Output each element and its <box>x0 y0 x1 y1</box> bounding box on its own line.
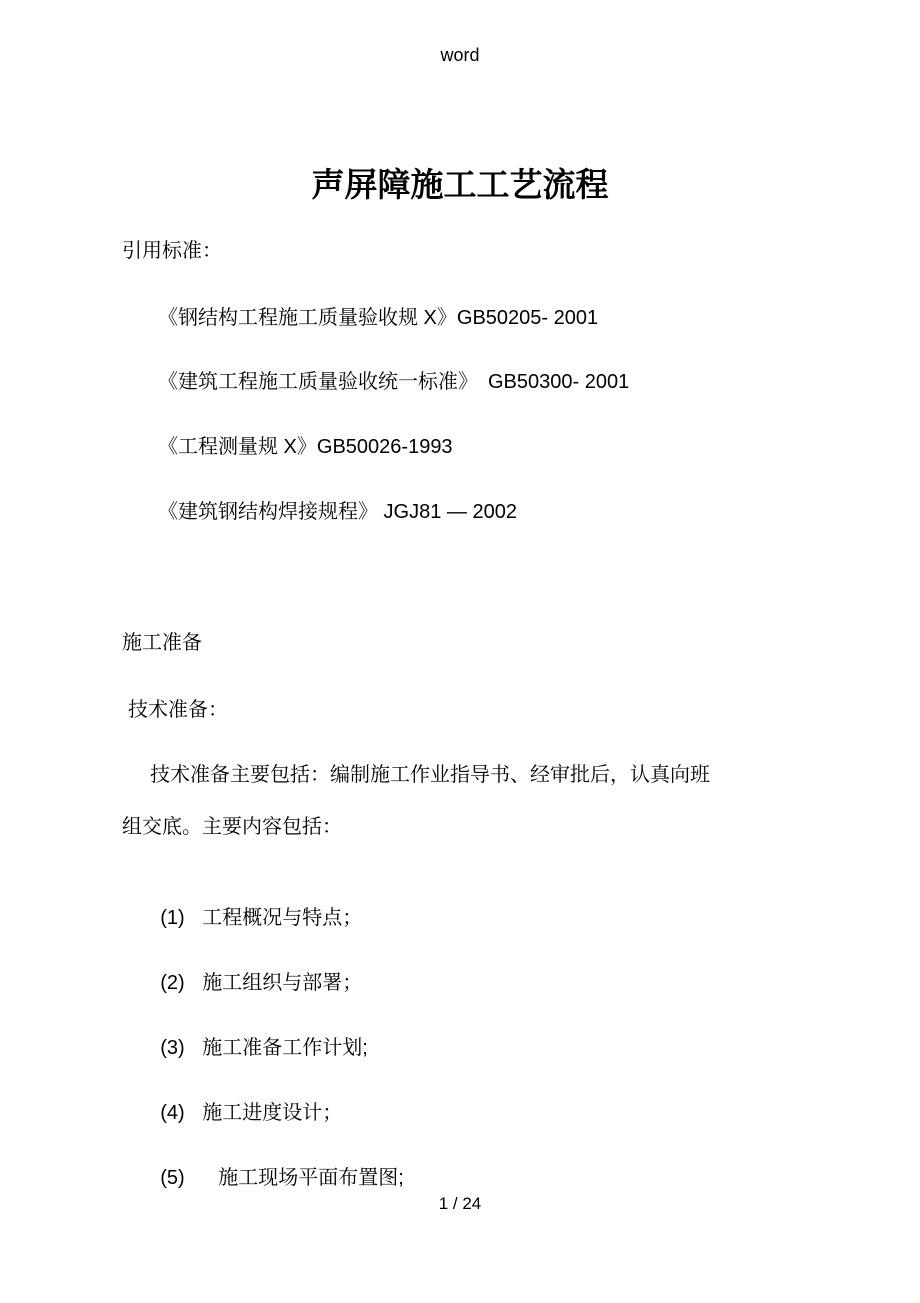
list-item-number: (4) <box>160 1099 202 1127</box>
list-item-number: (2) <box>160 969 202 997</box>
list-item-text: 施工组织与部署； <box>202 972 362 994</box>
page-number-footer: 1 / 24 <box>0 1191 920 1217</box>
reference-standard-item: 《建筑工程施工质量验收统一标准》 GB50300- 2001 <box>158 368 629 396</box>
reference-standard-item: 《工程测量规 X》GB50026-1993 <box>158 433 453 461</box>
list-item-text: 施工现场平面布置图; <box>218 1167 404 1189</box>
subsection-heading-technical-preparation: 技术准备： <box>128 696 228 724</box>
references-heading: 引用标准： <box>122 237 222 265</box>
paragraph-line: 组交底。主要内容包括： <box>122 813 342 841</box>
paragraph-line: 技术准备主要包括：编制施工作业指导书、经审批后，认真向班 <box>150 761 710 789</box>
list-item-number: (1) <box>160 904 202 932</box>
reference-standard-item: 《建筑钢结构焊接规程》 JGJ81 — 2002 <box>158 498 517 526</box>
section-heading-construction-preparation: 施工准备 <box>122 629 202 657</box>
list-item-number: (5) <box>160 1164 218 1192</box>
list-item-text: 工程概况与特点； <box>202 907 362 929</box>
document-title: 声屏障施工工艺流程 <box>0 164 920 206</box>
list-item-text: 施工进度设计； <box>202 1102 342 1124</box>
reference-standard-item: 《钢结构工程施工质量验收规 X》GB50205- 2001 <box>158 304 598 332</box>
list-item-text: 施工准备工作计划; <box>202 1037 368 1059</box>
list-item-number: (3) <box>160 1034 202 1062</box>
document-page: word 声屏障施工工艺流程 引用标准： 《钢结构工程施工质量验收规 X》GB5… <box>0 0 920 1303</box>
page-header-text: word <box>0 41 920 69</box>
